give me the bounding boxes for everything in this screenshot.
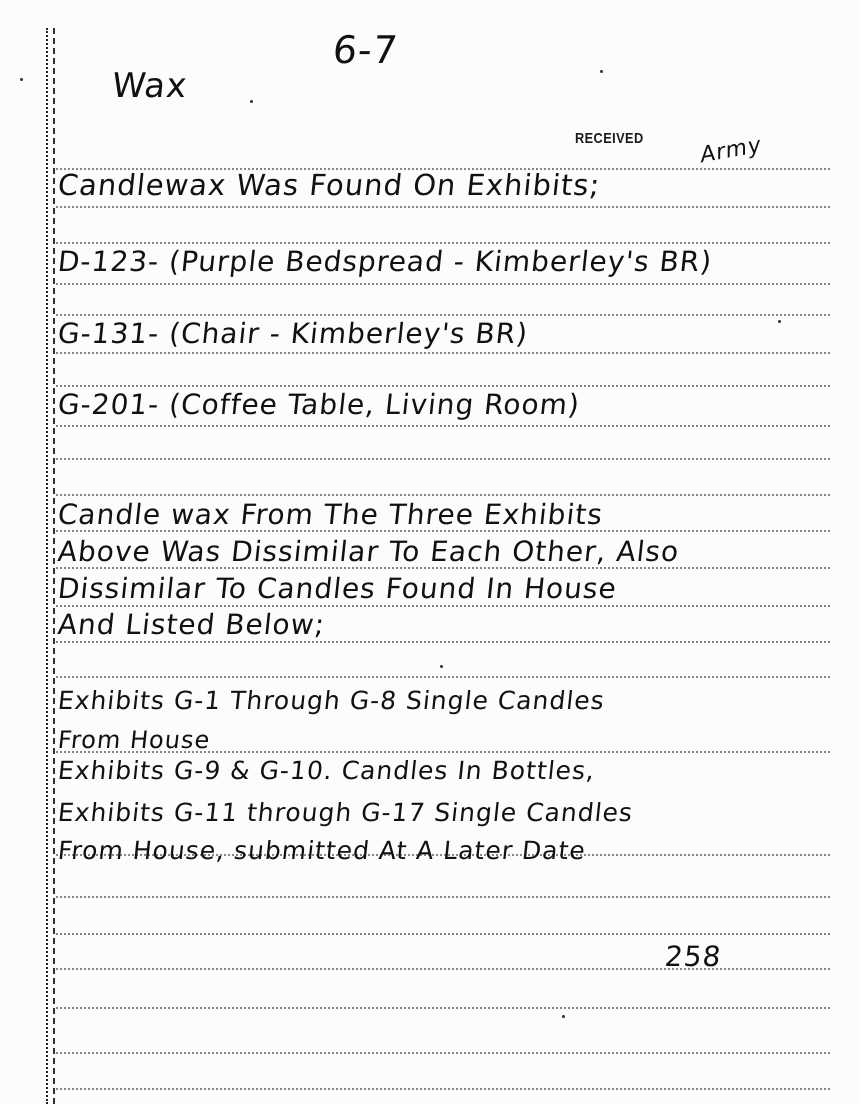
finding-line: Candle wax From The Three Exhibits	[56, 498, 604, 531]
scan-speck	[440, 665, 443, 668]
candle-list-line: From House	[57, 726, 212, 754]
margin-line-outer	[46, 28, 48, 1104]
exhibit-item: G-201- (Coffee Table, Living Room)	[56, 388, 581, 421]
ruled-line	[56, 283, 830, 285]
candle-list-line: From House, submitted At A Later Date	[56, 836, 587, 865]
finding-line: And Listed Below;	[56, 608, 327, 641]
ruled-line	[56, 641, 830, 643]
received-stamp: RECEIVED	[575, 130, 644, 147]
exhibits-intro: Candlewax Was Found On Exhibits;	[56, 168, 602, 202]
ruled-line	[56, 206, 830, 208]
ruled-line	[56, 425, 830, 427]
ruled-line	[56, 314, 830, 316]
margin-line-inner	[53, 28, 55, 1104]
exhibit-item: D-123- (Purple Bedspread - Kimberley's B…	[56, 245, 714, 278]
ruled-line	[56, 1007, 830, 1009]
handwritten-notes-page: 6-7 Wax RECEIVED Army Candlewax Was Foun…	[0, 0, 860, 1104]
ruled-line	[56, 242, 830, 244]
scan-speck	[778, 320, 781, 323]
exhibit-item: G-131- (Chair - Kimberley's BR)	[56, 317, 530, 350]
ruled-line	[56, 458, 830, 460]
page-code: 6-7	[331, 28, 401, 72]
scan-speck	[600, 70, 603, 73]
finding-line: Dissimilar To Candles Found In House	[56, 572, 618, 605]
ruled-line	[56, 676, 830, 678]
section-title: Wax	[110, 66, 190, 106]
page-number: 258	[663, 940, 723, 973]
candle-list-line: Exhibits G-1 Through G-8 Single Candles	[56, 686, 606, 715]
ruled-line	[56, 494, 830, 496]
ruled-line	[56, 605, 830, 607]
ruled-line	[56, 933, 830, 935]
finding-line: Above Was Dissimilar To Each Other, Also	[56, 535, 681, 568]
ruled-line	[56, 385, 830, 387]
ruled-line	[56, 1052, 830, 1054]
stamp-annotation: Army	[700, 132, 761, 168]
scan-speck	[562, 1015, 565, 1018]
candle-list-line: Exhibits G-11 through G-17 Single Candle…	[56, 798, 634, 827]
scan-speck	[250, 100, 253, 103]
ruled-line	[56, 896, 830, 898]
ruled-line	[56, 1088, 830, 1090]
ruled-line	[56, 352, 830, 354]
scan-speck	[20, 78, 23, 81]
candle-list-line: Exhibits G-9 & G-10. Candles In Bottles,	[56, 756, 596, 785]
